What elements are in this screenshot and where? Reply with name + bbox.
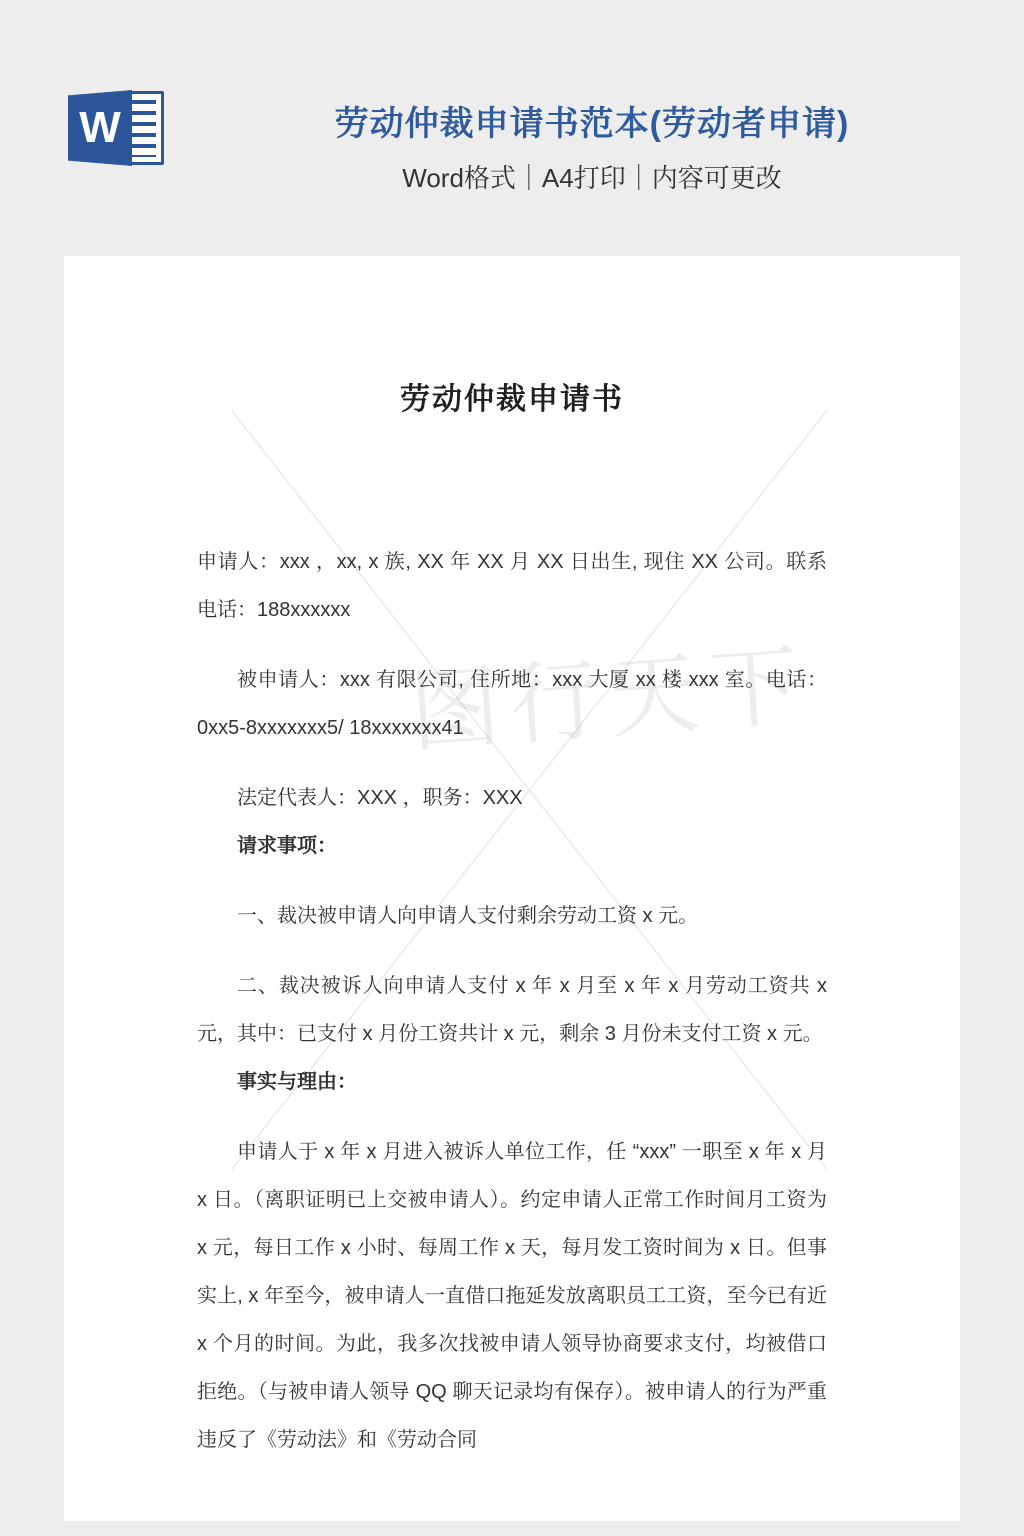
- document-paragraph: 法定代表人：XXX ，职务：XXX: [197, 774, 827, 822]
- document-paragraph: 申请人：xxx ，xx, x 族, XX 年 XX 月 XX 日出生, 现住 X…: [197, 538, 827, 634]
- word-icon-letter: W: [79, 106, 121, 150]
- document-paragraph: 被申请人：xxx 有限公司, 住所地：xxx 大厦 xx 楼 xxx 室。电话：…: [197, 656, 827, 752]
- word-file-icon: W: [68, 88, 164, 168]
- page-title: 劳动仲裁申请书范本(劳动者申请): [160, 96, 1024, 145]
- document-paragraph: 申请人于 x 年 x 月进入被诉人单位工作，任 “xxx” 一职至 x 年 x …: [197, 1128, 827, 1464]
- document-paragraph: 请求事项：: [197, 822, 827, 870]
- document-paragraph: 二、裁决被诉人向申请人支付 x 年 x 月至 x 年 x 月劳动工资共 x 元，…: [197, 962, 827, 1058]
- header-text: 劳动仲裁申请书范本(劳动者申请) Word格式｜A4打印｜内容可更改: [160, 96, 1024, 195]
- document-title: 劳动仲裁申请书: [197, 374, 827, 418]
- document-body: 申请人：xxx ，xx, x 族, XX 年 XX 月 XX 日出生, 现住 X…: [197, 538, 827, 1464]
- screenshot-canvas: W 劳动仲裁申请书范本(劳动者申请) Word格式｜A4打印｜内容可更改 图行天…: [0, 0, 1024, 1536]
- word-icon-blue-panel: W: [68, 90, 132, 166]
- document-paragraph: 一、裁决被申请人向申请人支付剩余劳动工资 x 元。: [197, 892, 827, 940]
- page-subtitle: Word格式｜A4打印｜内容可更改: [160, 158, 1024, 195]
- document-paragraph: 事实与理由：: [197, 1058, 827, 1106]
- document-page: 图行天下 劳动仲裁申请书 申请人：xxx ，xx, x 族, XX 年 XX 月…: [64, 256, 960, 1521]
- header: W 劳动仲裁申请书范本(劳动者申请) Word格式｜A4打印｜内容可更改: [0, 0, 1024, 256]
